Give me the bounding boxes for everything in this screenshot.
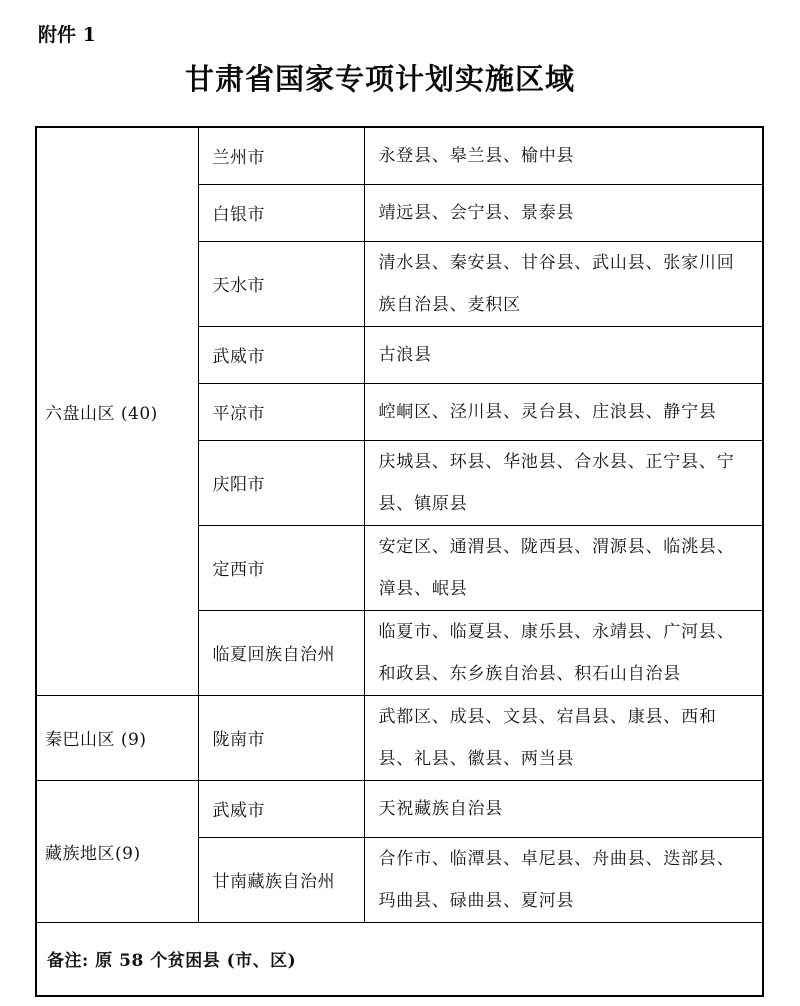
city-cell: 武威市 <box>198 780 364 837</box>
city-cell: 陇南市 <box>198 695 364 780</box>
document-page: 附件 1 甘肃省国家专项计划实施区域 六盘山区 (40) 兰州市 永登县、皋兰县… <box>0 0 800 1006</box>
table-row: 备注: 原 58 个贫困县 (市、区) <box>36 922 763 996</box>
remark-cell: 备注: 原 58 个贫困县 (市、区) <box>36 922 763 996</box>
table-row: 藏族地区(9) 武威市 天祝藏族自治县 <box>36 780 763 837</box>
counties-cell: 天祝藏族自治县 <box>364 780 763 837</box>
attachment-label: 附件 1 <box>38 20 800 47</box>
region-group-liupanshan: 六盘山区 (40) <box>36 127 198 695</box>
region-group-zangzu: 藏族地区(9) <box>36 780 198 922</box>
city-cell: 武威市 <box>198 326 364 383</box>
city-cell: 天水市 <box>198 241 364 326</box>
table-row: 秦巴山区 (9) 陇南市 武都区、成县、文县、宕昌县、康县、西和县、礼县、徽县、… <box>36 695 763 780</box>
counties-cell: 合作市、临潭县、卓尼县、舟曲县、迭部县、玛曲县、碌曲县、夏河县 <box>364 837 763 922</box>
city-cell: 庆阳市 <box>198 440 364 525</box>
counties-cell: 古浪县 <box>364 326 763 383</box>
region-group-qinbashan: 秦巴山区 (9) <box>36 695 198 780</box>
city-cell: 平凉市 <box>198 383 364 440</box>
counties-cell: 清水县、秦安县、甘谷县、武山县、张家川回族自治县、麦积区 <box>364 241 763 326</box>
table-row: 六盘山区 (40) 兰州市 永登县、皋兰县、榆中县 <box>36 127 763 184</box>
city-cell: 白银市 <box>198 184 364 241</box>
page-title: 甘肃省国家专项计划实施区域 <box>35 57 725 98</box>
city-cell: 甘南藏族自治州 <box>198 837 364 922</box>
counties-cell: 临夏市、临夏县、康乐县、永靖县、广河县、和政县、东乡族自治县、积石山自治县 <box>364 610 763 695</box>
counties-cell: 安定区、通渭县、陇西县、渭源县、临洮县、漳县、岷县 <box>364 525 763 610</box>
counties-cell: 崆峒区、泾川县、灵台县、庄浪县、静宁县 <box>364 383 763 440</box>
counties-cell: 靖远县、会宁县、景泰县 <box>364 184 763 241</box>
city-cell: 定西市 <box>198 525 364 610</box>
counties-cell: 永登县、皋兰县、榆中县 <box>364 127 763 184</box>
counties-cell: 庆城县、环县、华池县、合水县、正宁县、宁县、镇原县 <box>364 440 763 525</box>
city-cell: 临夏回族自治州 <box>198 610 364 695</box>
counties-cell: 武都区、成县、文县、宕昌县、康县、西和县、礼县、徽县、两当县 <box>364 695 763 780</box>
city-cell: 兰州市 <box>198 127 364 184</box>
region-table-body: 六盘山区 (40) 兰州市 永登县、皋兰县、榆中县 白银市 靖远县、会宁县、景泰… <box>36 127 763 996</box>
region-table: 六盘山区 (40) 兰州市 永登县、皋兰县、榆中县 白银市 靖远县、会宁县、景泰… <box>35 126 764 997</box>
